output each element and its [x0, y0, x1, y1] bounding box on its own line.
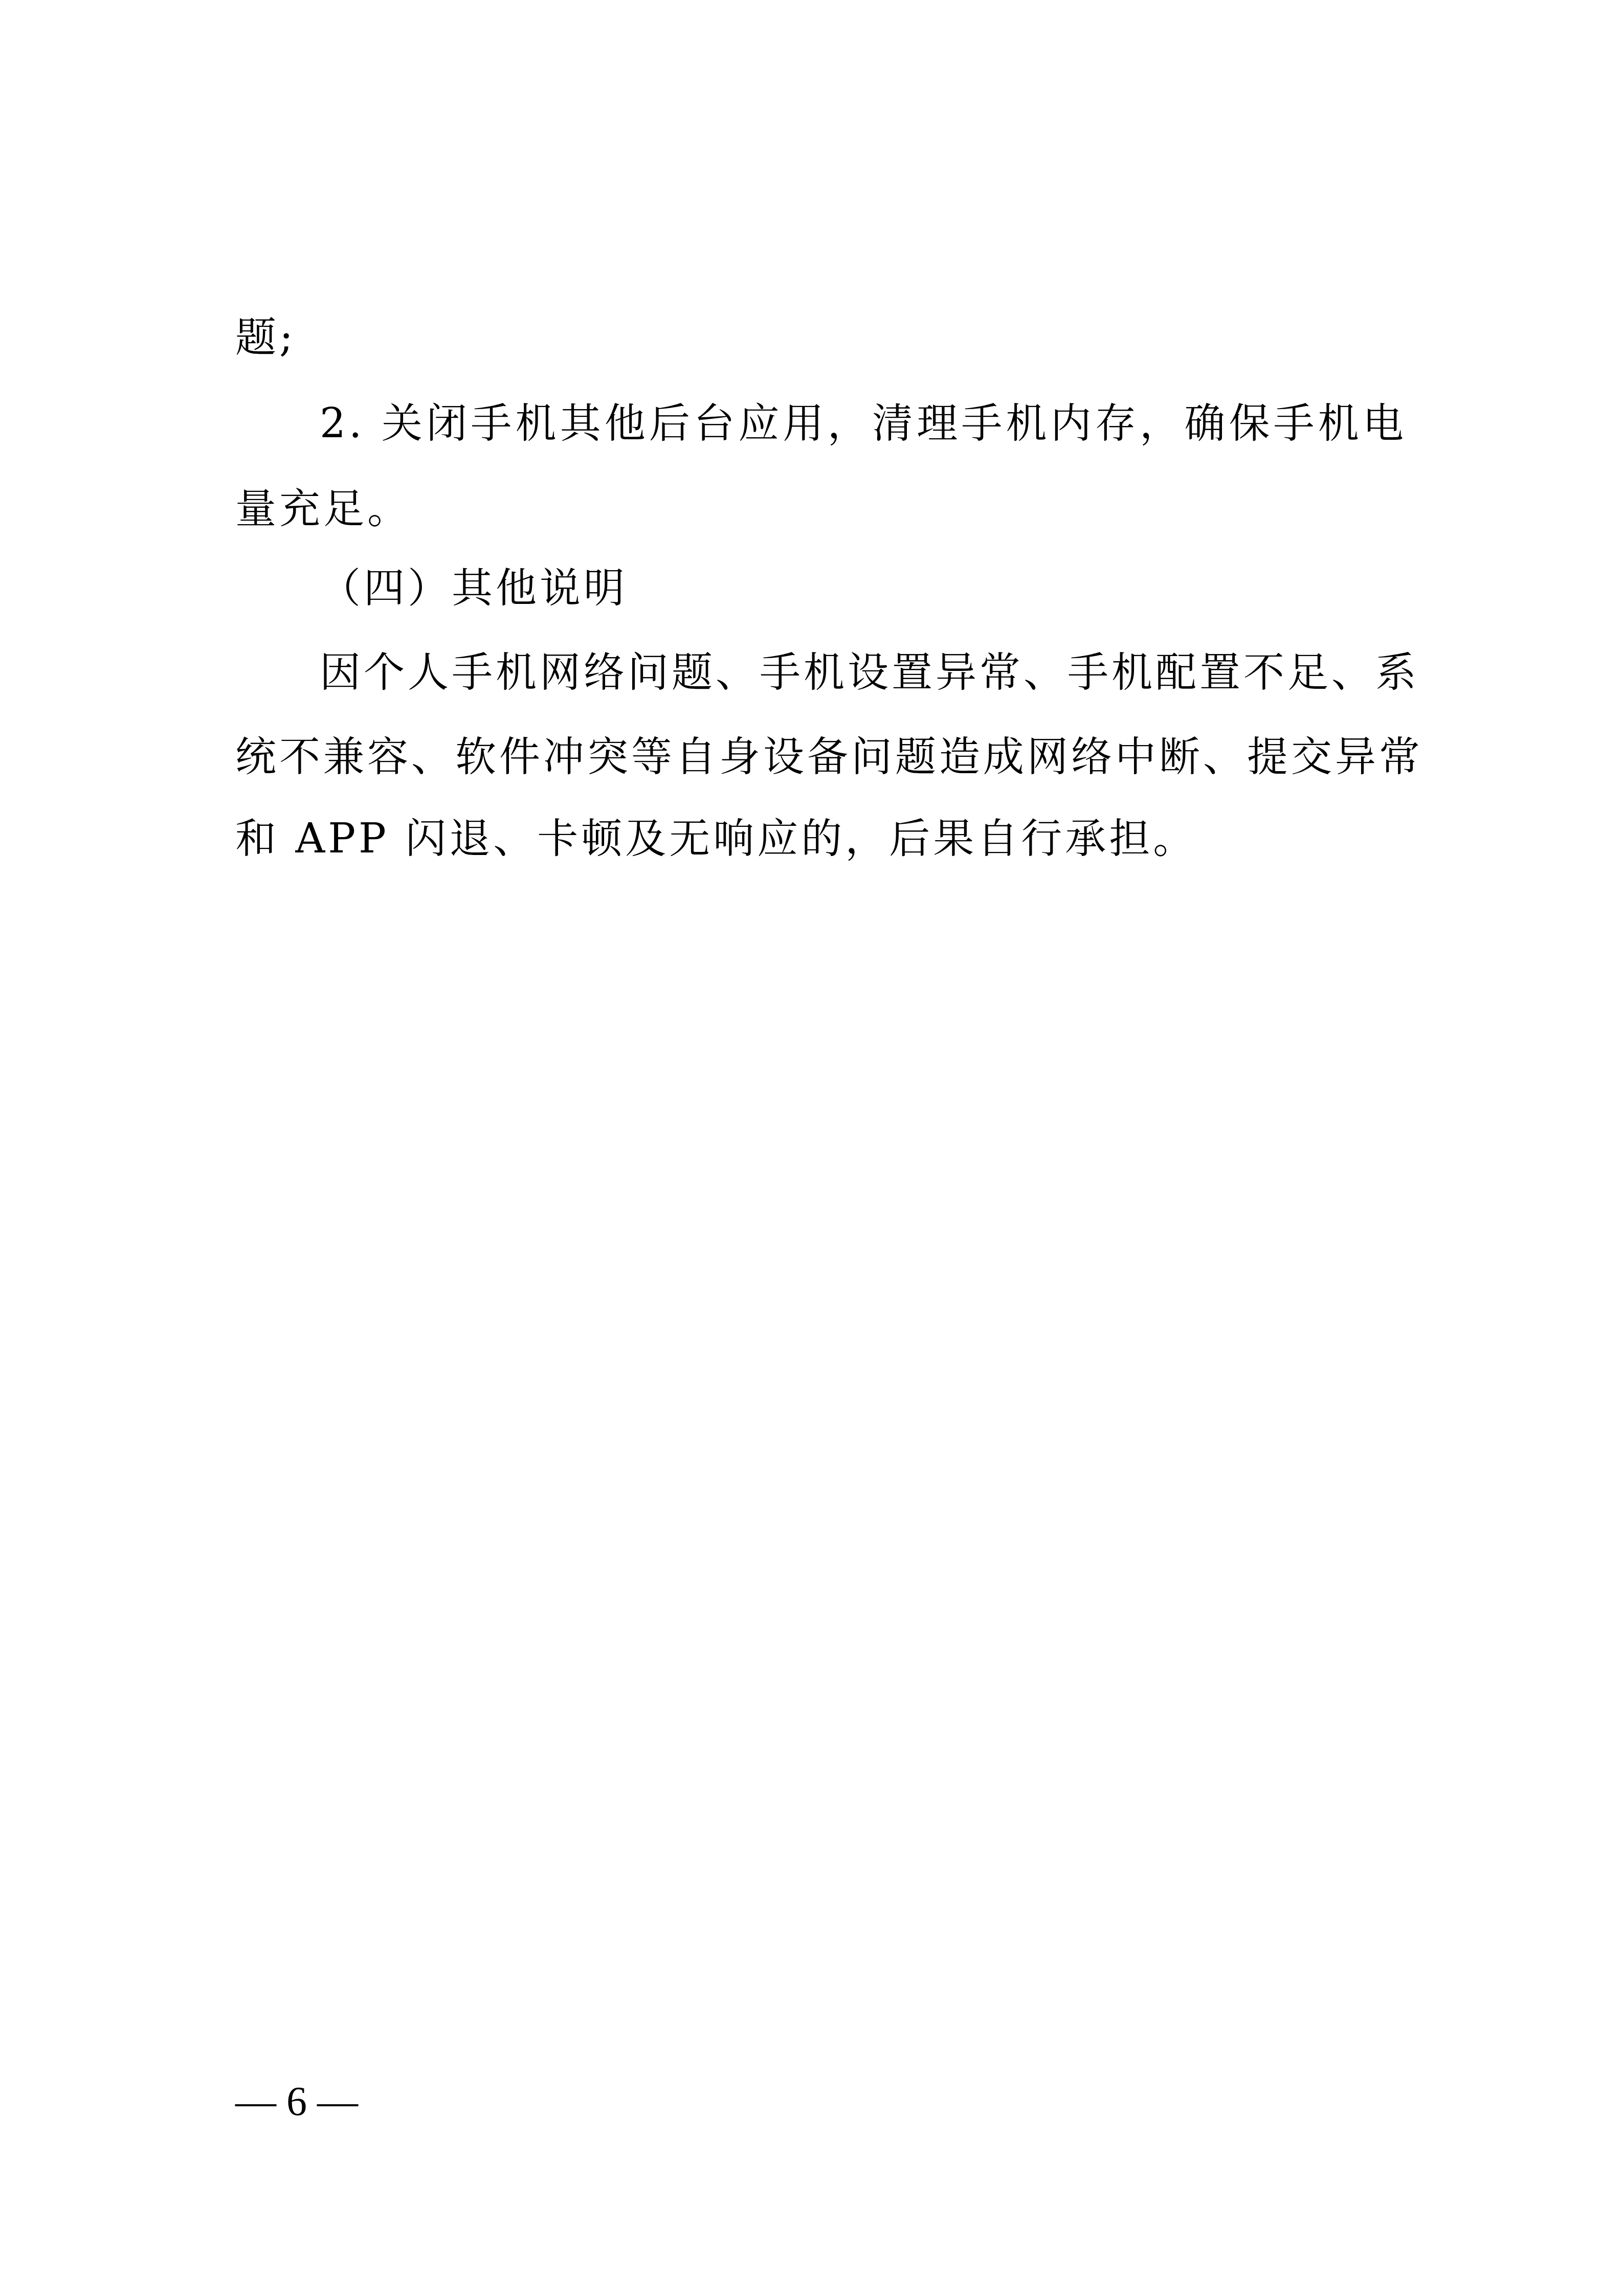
page-number: — 6 —	[235, 2076, 358, 2127]
paragraph-line-2: 统不兼容、软件冲突等自身设备问题造成网络中断、提交异常	[235, 731, 1407, 782]
paragraph-line-3: 和 APP 闪退、卡顿及无响应的，后果自行承担。	[235, 813, 1197, 864]
list-item-2-line-1: 2. 关闭手机其他后台应用，清理手机内存，确保手机电	[320, 398, 1407, 449]
document-page: 题; 2. 关闭手机其他后台应用，清理手机内存，确保手机电 量充足。 （四）其他…	[0, 0, 1624, 2296]
list-item-2-line-2: 量充足。	[235, 483, 411, 534]
paragraph-line-continuation: 题;	[235, 312, 296, 363]
paragraph-line-1: 因个人手机网络问题、手机设置异常、手机配置不足、系	[320, 647, 1407, 698]
section-heading: （四）其他说明	[320, 562, 628, 614]
